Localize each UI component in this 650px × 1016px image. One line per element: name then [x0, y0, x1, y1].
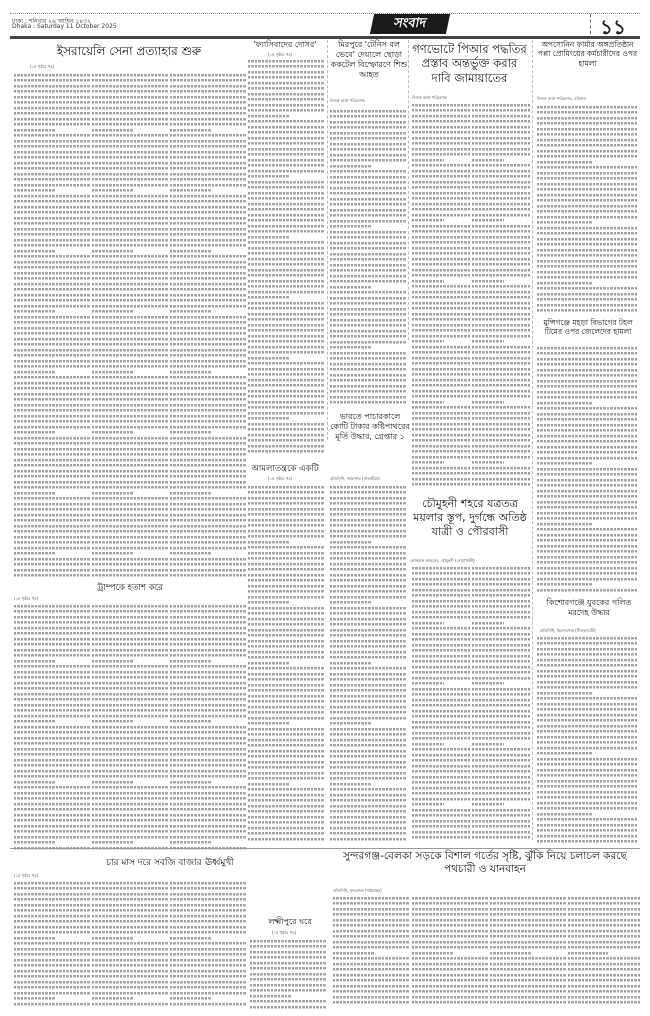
date-english: Dhaka : Saturday 11 October 2025	[12, 23, 117, 30]
headline-barishal: অপসোনিন ফার্মার অঙ্গপ্রতিষ্ঠান পপ্পা প্র…	[535, 40, 640, 68]
dotted-rule	[10, 13, 640, 14]
article-body-text	[14, 72, 90, 582]
article-body-text	[14, 603, 90, 853]
byline-kishoreganj: প্রতিনিধি, কিশোরগঞ্জ (নীলফামারী)	[540, 628, 596, 635]
article-body-text	[537, 635, 637, 845]
article-body-text	[333, 895, 409, 1010]
headline-india: ভারতে পাচারকালে কোটি টাকার কষ্টিপাথরের ম…	[330, 412, 410, 442]
article-body-text	[330, 108, 406, 408]
article-body-text	[170, 880, 246, 1010]
headline-munshiganj: মুন্সিগঞ্জে মহড়া বিভাগের টহল টিমের ওপর …	[538, 318, 638, 337]
headline-trump: ট্রাম্পকে হতাশ করে	[40, 583, 220, 594]
headline-mirpur: মিরপুরে 'টেনিস বল ভেবে' দেয়ালে ছোড়া কক…	[328, 40, 410, 80]
headline-kishoreganj: কিশোরগঞ্জে যুবকের গলিত মরদেহ উদ্ধার	[538, 598, 640, 618]
article-body-text	[92, 603, 168, 853]
article-body-text	[568, 895, 640, 1010]
newspaper-logo: সংবাদ	[370, 14, 450, 34]
article-body-text	[248, 58, 324, 458]
headline-pr: গণভোটে পিআর পদ্ধতির প্রস্তাব অন্তর্ভুক্ত…	[412, 42, 527, 85]
continued-trump: (১ম পৃষ্ঠার পর)	[14, 596, 38, 603]
column-divider	[532, 40, 533, 840]
continued-lakshmipur: (১ম পৃষ্ঠার পর)	[272, 930, 296, 937]
article-body-text	[490, 895, 566, 1010]
section-divider	[10, 848, 640, 849]
article-body-text	[412, 102, 470, 492]
article-body-text	[248, 484, 324, 844]
article-body-text	[330, 484, 406, 844]
continued-amlatantra: (১ম পৃষ্ঠার পর)	[268, 476, 292, 483]
byline-sundarganj: প্রতিনিধি, সুন্দরগঞ্জ (গাইবান্ধা)	[333, 888, 382, 895]
column-divider	[327, 40, 328, 440]
article-body-text	[412, 895, 488, 1010]
headline-fascism: 'ফ্যাসিবাদের দোসর'	[245, 40, 325, 50]
byline-chowmuhani: লোকমান আহমেদ, চৌমুহনী (নোয়াখালী)	[410, 558, 475, 565]
header-rule	[10, 36, 640, 39]
divider	[590, 14, 591, 34]
headline-israel: ইসরায়েলি সেনা প্রত্যাহার শুরু	[14, 44, 244, 59]
byline-india: প্রতিনিধি, শ্যামনগর (সাতক্ষীরা)	[330, 476, 380, 483]
byline-mirpur: নিজস্ব বার্তা পরিবেশক	[330, 98, 365, 105]
article-body-text	[170, 603, 246, 853]
article-body-text	[537, 345, 637, 595]
article-body-text	[472, 565, 530, 845]
column-divider	[408, 40, 409, 340]
headline-sundarganj: সুন্দরগঞ্জ-বেলকা সড়কে বিশাল গর্তের সৃষ্…	[330, 850, 640, 876]
headline-vegetable: চার মাস দরে সবজি বাজার ঊর্ধ্বমুখী	[20, 858, 320, 869]
continued-israel: (১ম পৃষ্ঠার পর)	[30, 64, 54, 71]
article-body-text	[14, 880, 90, 1010]
article-body-text	[92, 72, 168, 582]
article-body-text	[412, 565, 470, 845]
article-body-text	[537, 104, 637, 314]
headline-amlatantra: আমলাতন্ত্রকে একটি	[240, 464, 330, 475]
article-body-text	[170, 72, 246, 582]
article-body-text	[472, 102, 530, 492]
byline-pr: নিজস্ব বার্তা পরিবেশক	[412, 95, 447, 102]
masthead: ঢাকা : শনিবার ২৬ আশ্বিন ১৪৩২ Dhaka : Sat…	[0, 0, 650, 36]
continued-vegetable: (১ম পৃষ্ঠার পর)	[14, 873, 38, 880]
article-body-text	[250, 938, 326, 1013]
headline-lakshmipur: লক্ষ্মীপুরে ঘরে	[250, 917, 330, 927]
article-body-text	[92, 880, 168, 1010]
headline-chowmuhani: চৌমুহনী শহরে যত্রতত্র ময়লার স্তূপ, দুর্…	[410, 497, 530, 538]
byline-barishal: নিজস্ব বার্তা পরিবেশক, বরিশাল	[537, 96, 586, 103]
